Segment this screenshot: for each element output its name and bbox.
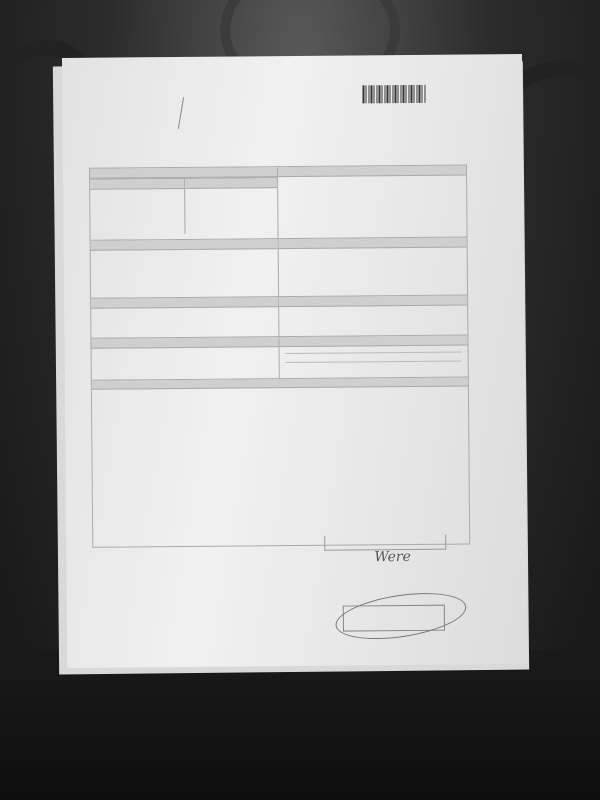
signature-area: Were <box>314 534 475 645</box>
customer-section <box>90 167 279 241</box>
information-header <box>278 165 466 177</box>
collecting-party <box>90 179 185 235</box>
delivery-party <box>185 178 277 234</box>
special-instructions-header <box>279 237 467 249</box>
items-table-header <box>92 377 468 389</box>
information-section <box>278 165 467 239</box>
delivery-party-header <box>185 178 277 189</box>
comments <box>279 335 467 379</box>
shipping-conditions <box>91 297 279 339</box>
barcode <box>362 85 426 104</box>
delivery-form <box>89 164 470 547</box>
goods-return-reason <box>91 239 279 299</box>
weight-volume-header <box>279 295 467 307</box>
additional-information <box>91 337 279 381</box>
weight-volume <box>279 295 467 337</box>
customer-signature-scribble <box>333 586 470 647</box>
logo-divider <box>178 97 184 129</box>
shipping-conditions-header <box>91 297 278 309</box>
special-instructions <box>279 237 467 297</box>
comments-header <box>279 335 467 347</box>
delivery-note-page: Were <box>62 54 527 668</box>
collecting-party-header <box>90 179 184 190</box>
receiver-signature: Were <box>374 549 411 565</box>
goods-return-header <box>91 239 278 251</box>
